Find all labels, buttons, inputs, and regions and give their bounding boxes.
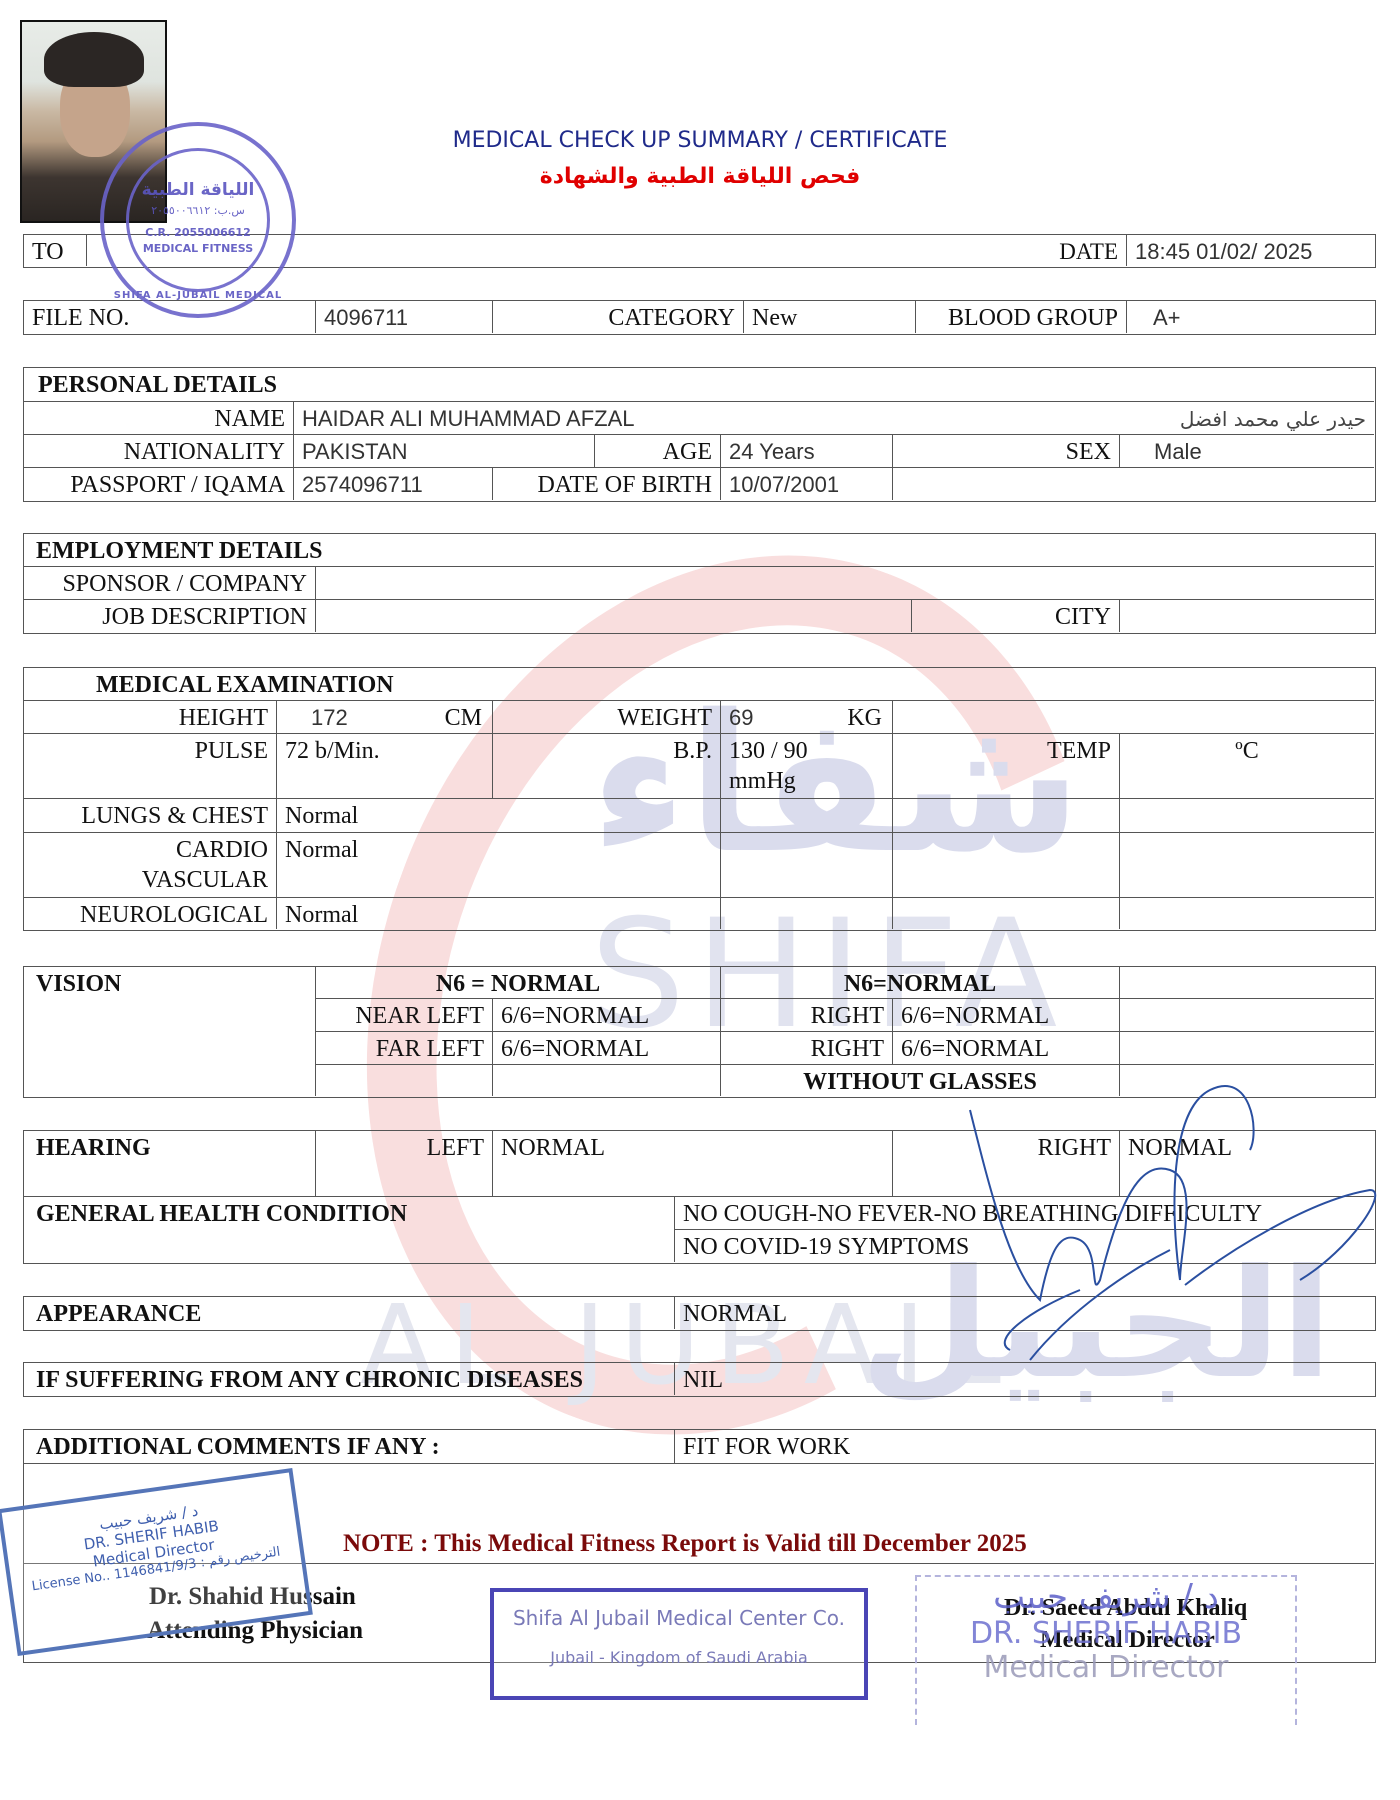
center-stamp-line2: Jubail - Kingdom of Saudi Arabia (494, 1648, 864, 1667)
neuro-value: Normal (277, 898, 721, 929)
category-value: New (744, 301, 916, 333)
center-stamp: Shifa Al Jubail Medical Center Co. Jubai… (490, 1588, 868, 1700)
dob-value: 10/07/2001 (721, 468, 893, 500)
employment-heading: EMPLOYMENT DETAILS (24, 534, 1374, 567)
height-value: 172 (311, 703, 348, 733)
blood-group-value: A+ (1127, 301, 1375, 333)
vision-blank-r4b (493, 1065, 721, 1096)
vision-blank-r2 (1120, 999, 1374, 1032)
hearing-left-label: LEFT (316, 1131, 493, 1197)
sponsor-value (316, 567, 1374, 600)
vision-right-header: N6=NORMAL (721, 967, 1120, 999)
bp-label: B.P. (493, 734, 721, 799)
near-right-label: RIGHT (721, 999, 893, 1032)
age-value: 24 Years (721, 435, 893, 468)
comments-value: FIT FOR WORK (675, 1430, 1374, 1464)
weight-value: 69 (729, 703, 753, 733)
vision-blank-r1 (1120, 967, 1374, 999)
bp-cell: 130 / 90 mmHg (721, 734, 893, 799)
chronic-label: IF SUFFERING FROM ANY CHRONIC DISEASES (24, 1363, 675, 1395)
director-stamp-ar-name: د / شريف حبيب (917, 1577, 1295, 1617)
far-right-label: RIGHT (721, 1032, 893, 1065)
neuro-blank-1 (721, 898, 893, 929)
height-unit: CM (445, 703, 482, 733)
far-left-value: 6/6=NORMAL (493, 1032, 721, 1065)
city-label: CITY (912, 600, 1120, 632)
clinic-stamp-arabic: اللياقة الطبية (104, 180, 292, 200)
sex-value: Male (1120, 435, 1374, 468)
temp-label: TEMP (893, 734, 1120, 799)
dob-label: DATE OF BIRTH (493, 468, 721, 500)
weight-unit: KG (847, 703, 882, 733)
director-stamp-en-name: DR. SHERIF HABIB (917, 1617, 1295, 1651)
lungs-label: LUNGS & CHEST (24, 799, 277, 833)
file-no-value: 4096711 (316, 301, 493, 333)
job-label: JOB DESCRIPTION (24, 600, 316, 632)
hearing-left-value: NORMAL (493, 1131, 893, 1197)
near-left-value: 6/6=NORMAL (493, 999, 721, 1032)
validity-note: NOTE : This Medical Fitness Report is Va… (343, 1530, 1027, 1558)
clinic-stamp-po-box: س.ب: ٢٠٥٥٠٠٦٦١٢ (104, 204, 292, 217)
cardio-blank-3 (1120, 833, 1374, 898)
cardio-value: Normal (277, 833, 721, 898)
near-right-value: 6/6=NORMAL (893, 999, 1120, 1032)
height-cell: 172 CM (277, 701, 493, 734)
name-label: NAME (24, 402, 294, 435)
clinic-stamp-cr: C.R. 2055006612 (104, 226, 292, 239)
medical-heading: MEDICAL EXAMINATION (24, 668, 1374, 701)
personal-heading: PERSONAL DETAILS (24, 368, 1374, 402)
signature-scribble (930, 1050, 1380, 1370)
bp-value: 130 / 90 (729, 736, 884, 766)
cardio-blank-1 (721, 833, 893, 898)
sex-label: SEX (893, 435, 1120, 468)
employment-details-table: EMPLOYMENT DETAILS SPONSOR / COMPANY JOB… (23, 533, 1376, 634)
pulse-label: PULSE (24, 734, 277, 799)
lungs-blank-1 (721, 799, 893, 833)
lungs-blank-3 (1120, 799, 1374, 833)
clinic-stamp: اللياقة الطبية س.ب: ٢٠٥٥٠٠٦٦١٢ C.R. 2055… (100, 122, 296, 318)
weight-cell: 69 KG (721, 701, 893, 734)
clinic-stamp-inner-ring (126, 148, 270, 292)
cardio-label-line2: VASCULAR (32, 865, 268, 895)
job-value (316, 600, 912, 632)
appearance-label: APPEARANCE (24, 1297, 675, 1329)
bp-unit: mmHg (729, 766, 884, 796)
temp-value: ºC (1120, 734, 1374, 799)
sponsor-label: SPONSOR / COMPANY (24, 567, 316, 600)
hearing-heading: HEARING (24, 1131, 316, 1197)
weight-blank (893, 701, 1374, 734)
comments-label: ADDITIONAL COMMENTS IF ANY : (24, 1430, 675, 1464)
clinic-stamp-label: MEDICAL FITNESS (104, 242, 292, 255)
passport-label: PASSPORT / IQAMA (24, 468, 294, 500)
blood-group-label: BLOOD GROUP (916, 301, 1127, 333)
lungs-blank-2 (893, 799, 1120, 833)
city-value (1120, 600, 1374, 632)
vision-left-header: N6 = NORMAL (316, 967, 721, 999)
name-value: HAIDAR ALI MUHAMMAD AFZAL (294, 402, 994, 435)
nationality-label: NATIONALITY (24, 435, 294, 468)
neuro-label: NEUROLOGICAL (24, 898, 277, 929)
height-label: HEIGHT (24, 701, 277, 734)
clinic-stamp-ring-text: SHIFA AL-JUBAIL MEDICAL (104, 290, 292, 301)
to-label: TO (24, 235, 87, 266)
name-arabic: حيدر علي محمد افضل (994, 402, 1374, 435)
category-label: CATEGORY (493, 301, 744, 333)
cardio-label: CARDIO VASCULAR (24, 833, 277, 898)
weight-label: WEIGHT (493, 701, 721, 734)
cardio-label-line1: CARDIO (32, 835, 268, 865)
passport-value: 2574096711 (294, 468, 493, 500)
photo-hair (44, 32, 144, 87)
general-heading: GENERAL HEALTH CONDITION (24, 1197, 675, 1262)
director-stamp-title: Medical Director (917, 1651, 1295, 1685)
personal-details-table: PERSONAL DETAILS NAME HAIDAR ALI MUHAMMA… (23, 367, 1376, 502)
far-left-label: FAR LEFT (316, 1032, 493, 1065)
neuro-blank-2 (893, 898, 1120, 929)
medical-examination-table: MEDICAL EXAMINATION HEIGHT 172 CM WEIGHT… (23, 667, 1376, 931)
center-stamp-line1: Shifa Al Jubail Medical Center Co. (494, 1606, 864, 1630)
cardio-blank-2 (893, 833, 1120, 898)
near-left-label: NEAR LEFT (316, 999, 493, 1032)
vision-blank-r4a (316, 1065, 493, 1096)
date-value: 18:45 01/02/ 2025 (1127, 235, 1375, 266)
pulse-value: 72 b/Min. (277, 734, 493, 799)
vision-heading: VISION (24, 967, 316, 1096)
nationality-value: PAKISTAN (294, 435, 595, 468)
age-label: AGE (595, 435, 721, 468)
director-stamp: د / شريف حبيب DR. SHERIF HABIB Medical D… (915, 1575, 1297, 1725)
lungs-value: Normal (277, 799, 721, 833)
